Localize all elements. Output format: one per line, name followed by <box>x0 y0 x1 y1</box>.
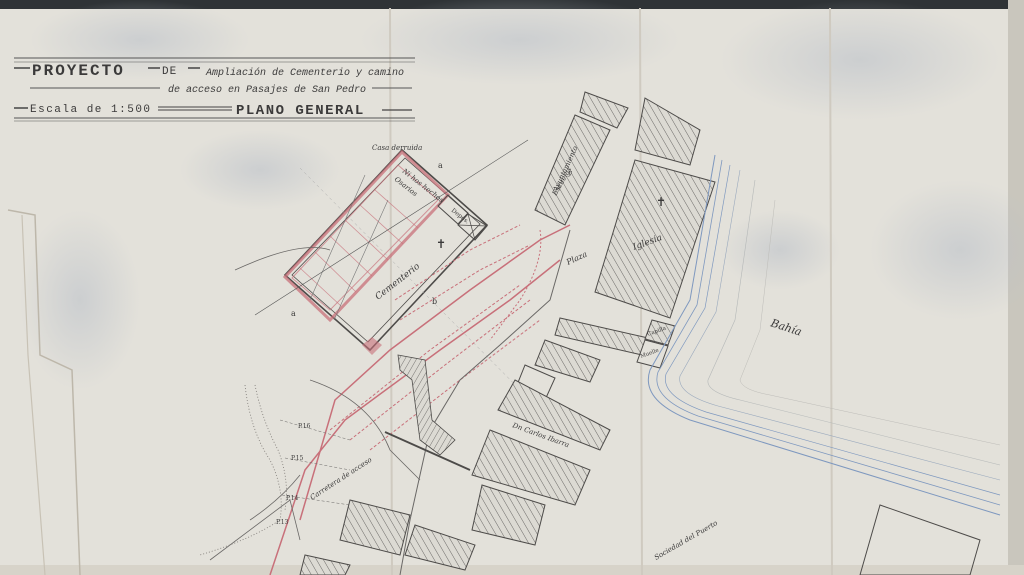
title-plano: PLANO GENERAL <box>236 103 365 119</box>
title-line2: de acceso en Pasajes de San Pedro <box>168 84 366 96</box>
label-profile-2: P.15 <box>291 455 304 462</box>
iglesia-cross-icon: ✝ <box>656 195 666 209</box>
label-profile-1: P.16 <box>298 423 311 430</box>
title-escala: Escala de 1:500 <box>30 104 152 116</box>
title-proyecto: PROYECTO <box>32 62 125 80</box>
label-profile-4: P.13 <box>276 519 289 526</box>
marker-a-2: a <box>438 161 443 170</box>
label-casa-derruida: Casa derruida <box>372 144 422 152</box>
marker-a-1: a <box>291 309 296 318</box>
cemetery-cross-icon: ✝ <box>436 237 446 251</box>
map-sheet: PROYECTO DE Ampliación de Cementerio y c… <box>0 0 1024 575</box>
label-profile-3: P.14 <box>286 495 299 502</box>
title-line1: Ampliación de Cementerio y camino <box>205 67 404 79</box>
title-de: DE <box>162 66 177 78</box>
